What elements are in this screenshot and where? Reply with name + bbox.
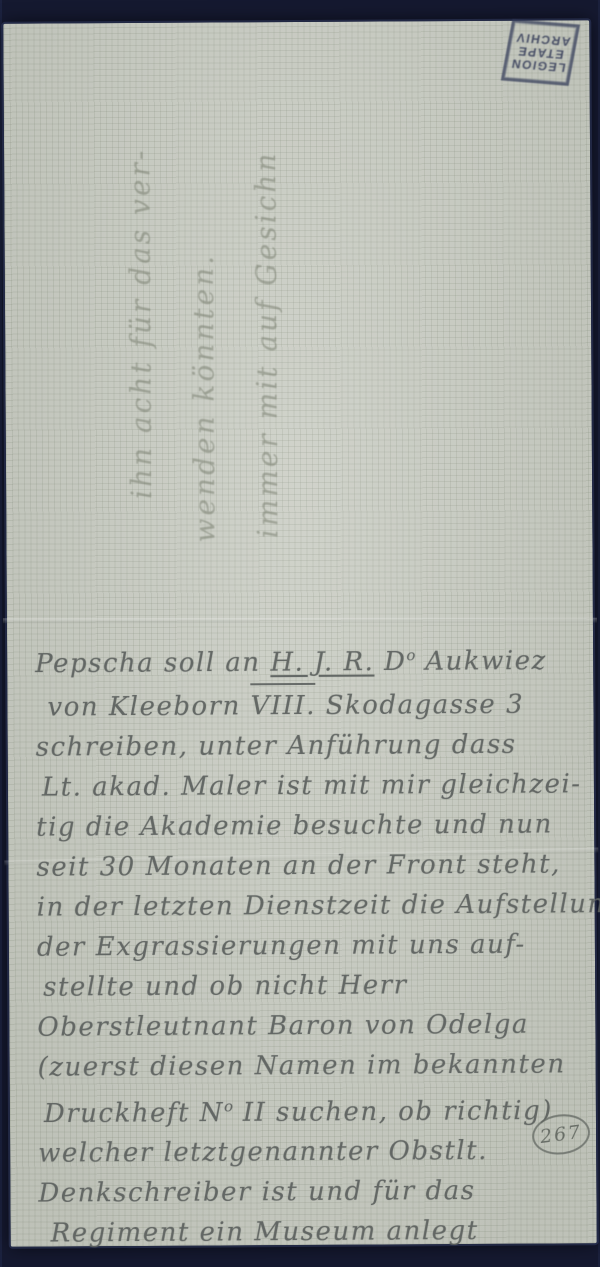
letter-line: schreiben, unter Anführung dass	[36, 724, 584, 767]
handwritten-letter-body: Pepscha soll an H. J. R. Do Aukwiez von …	[35, 634, 587, 1254]
letter-line: welcher letztgenannter Obstlt.	[38, 1131, 586, 1174]
letter-line: Druckheft No II suchen, ob richtig)	[44, 1084, 586, 1134]
bleedthrough-handwriting: ihn acht für das ver- wenden könnten. im…	[108, 92, 300, 545]
letter-line: Pepscha soll an H. J. R. Do Aukwiez	[35, 634, 583, 684]
letter-line: in der letzten Dienstzeit die Aufstellun…	[37, 884, 585, 927]
archive-stamp: LEGION ETAPE ARCHIV	[501, 19, 580, 86]
ghost-line: immer mit auf Gesichn	[234, 92, 300, 538]
letter-line: von Kleeborn VIII. Skodagasse 3	[47, 681, 583, 727]
letter-line: Denkschreiber ist und für das	[38, 1171, 586, 1214]
underlined-abbreviation: H. J. R.	[270, 647, 374, 678]
ghost-line: ihn acht für das ver-	[108, 93, 173, 499]
letter-line: der Exgrassierungen mit uns auf-	[37, 924, 585, 967]
letter-line: (zuerst diesen Namen im bekannten	[38, 1044, 586, 1087]
fold-crease-upper	[3, 618, 597, 624]
letter-line: stellte und ob nicht Herr	[43, 964, 585, 1007]
letter-line: tig die Akademie besuchte und nun	[36, 804, 584, 847]
letter-line: Oberstleutnant Baron von Odelga	[37, 1004, 585, 1047]
letter-line: Regiment ein Museum anlegt	[51, 1211, 587, 1254]
letter-page: LEGION ETAPE ARCHIV ihn acht für das ver…	[3, 20, 596, 1247]
letter-line: seit 30 Monaten an der Front steht,	[36, 844, 584, 887]
letter-line: Lt. akad. Maler ist mit mir gleichzei-	[42, 764, 584, 807]
overlined-district-numeral: VIII.	[250, 683, 316, 726]
ghost-line: wenden könnten.	[171, 92, 237, 542]
photo-background: LEGION ETAPE ARCHIV ihn acht für das ver…	[0, 0, 600, 1267]
